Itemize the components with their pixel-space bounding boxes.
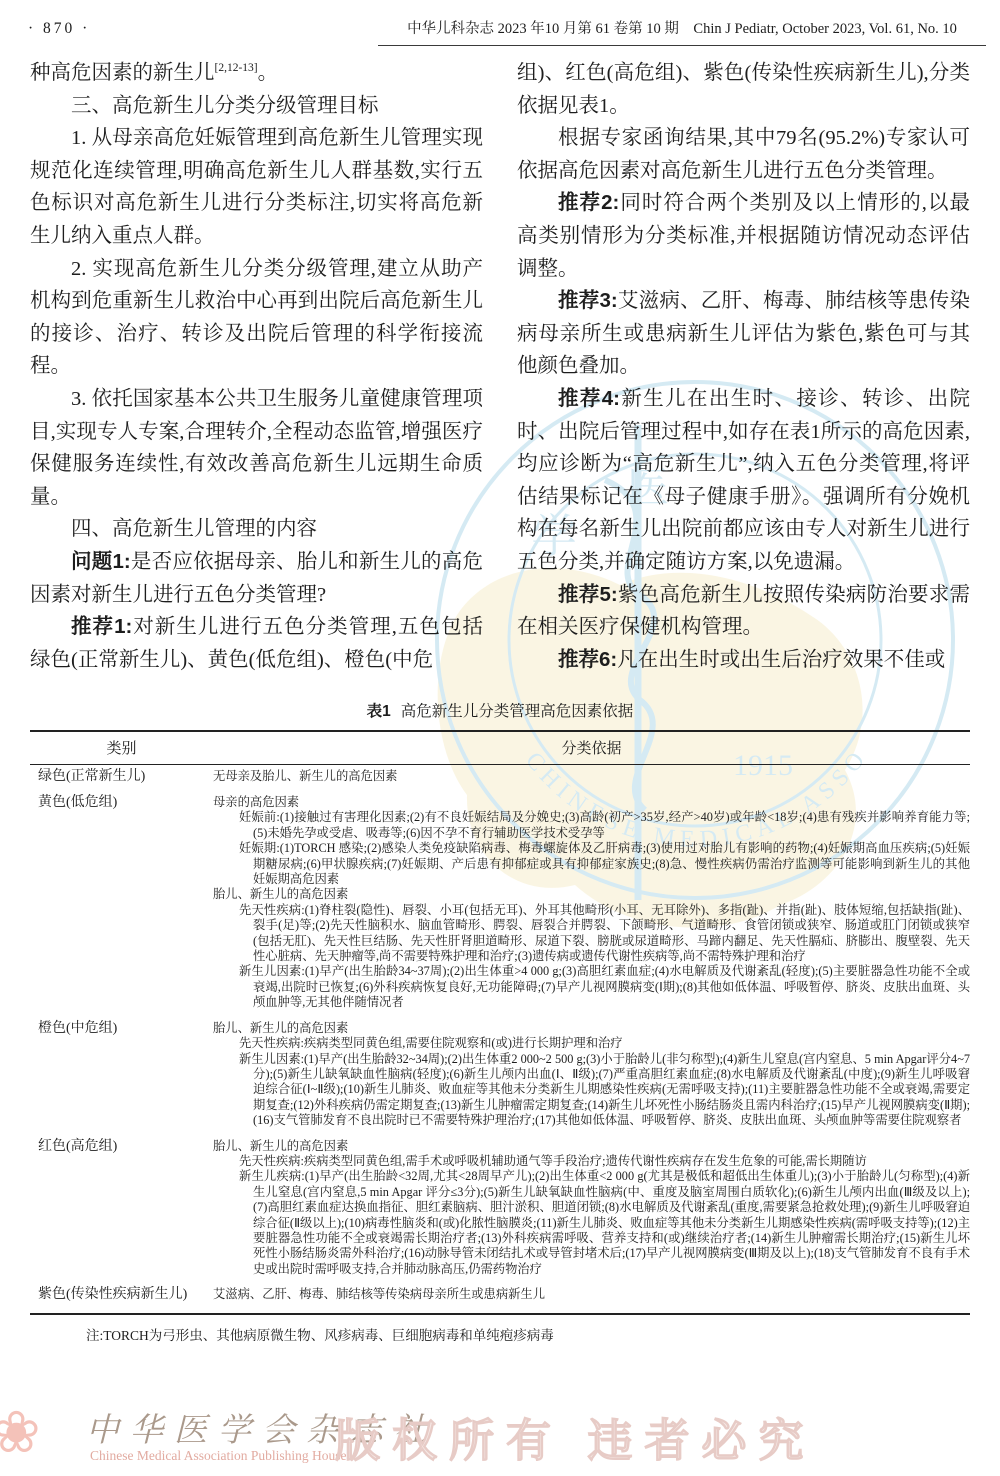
category-cell: 黄色(低危组) [30, 795, 213, 1011]
criteria-line: 先天性疾病:(1)脊柱裂(隐性)、唇裂、小耳(包括无耳)、外耳其他畸形(小耳、无… [213, 903, 970, 965]
table-note: 注:TORCH为弓形虫、其他病原微生物、风疹病毒、巨细胞病毒和单纯疱疹病毒 [30, 1315, 970, 1344]
category-cell: 紫色(传染性疾病新生儿) [30, 1287, 213, 1303]
paragraph: 推荐5:紫色高危新生儿按照传染病防治要求需在相关医疗保健机构管理。 [517, 579, 970, 644]
citation-ref: [2,12-13] [215, 62, 258, 74]
criteria-cell: 胎儿、新生儿的高危因素先天性疾病:疾病类型同黄色组,需手术或呼吸机辅助通气等手段… [213, 1139, 970, 1278]
paragraph: 根据专家函询结果,其中79名(95.2%)专家认可依据高危因素对高危新生儿进行五… [517, 122, 970, 187]
table-title-prefix: 表1 [367, 703, 391, 720]
criteria-line: 胎儿、新生儿的高危因素 [213, 1139, 970, 1154]
table-row: 紫色(传染性疾病新生儿)艾滋病、乙肝、梅毒、肺结核等传染病母亲所生或患病新生儿 [30, 1287, 970, 1303]
table-row: 绿色(正常新生儿)无母亲及胎儿、新生儿的高危因素 [30, 769, 970, 785]
page-number: · 870 · [28, 20, 90, 38]
criteria-line: 新生儿疾病:(1)早产(出生胎龄<32周,尤其<28周早产儿);(2)出生体重<… [213, 1169, 970, 1277]
paragraph-lead: 推荐5: [558, 583, 618, 606]
paragraph: 四、高危新生儿管理的内容 [30, 513, 483, 546]
table-row: 黄色(低危组)母亲的高危因素妊娠前:(1)接触过有害理化因素;(2)有不良妊娠结… [30, 795, 970, 1011]
criteria-line: 胎儿、新生儿的高危因素 [213, 1021, 970, 1036]
copyright-watermark: 版权所有 违者必究 [335, 1404, 816, 1469]
table-header-row: 类别 分类依据 [30, 732, 970, 764]
category-cell: 红色(高危组) [30, 1139, 213, 1278]
criteria-cell: 母亲的高危因素妊娠前:(1)接触过有害理化因素;(2)有不良妊娠结局及分娩史;(… [213, 795, 970, 1011]
paragraph: 组)、红色(高危组)、紫色(传染性疾病新生儿),分类依据见表1。 [517, 57, 970, 122]
paragraph: 推荐4:新生儿在出生时、接诊、转诊、出院时、出院后管理过程中,如存在表1所示的高… [517, 383, 970, 579]
paragraph-lead: 推荐3: [558, 289, 618, 312]
paragraph: 推荐2:同时符合两个类别及以上情形的,以最高类别情形为分类标准,并根据随访情况动… [517, 187, 970, 285]
paragraph: 3. 依托国家基本公共卫生服务儿童健康管理项目,实现专人专案,合理转介,全程动态… [30, 383, 483, 513]
table-row: 红色(高危组)胎儿、新生儿的高危因素先天性疾病:疾病类型同黄色组,需手术或呼吸机… [30, 1139, 970, 1278]
criteria-line: 母亲的高危因素 [213, 795, 970, 810]
category-cell: 绿色(正常新生儿) [30, 769, 213, 785]
paragraph: 三、高危新生儿分类分级管理目标 [30, 90, 483, 123]
paragraph: 推荐1:对新生儿进行五色分类管理,五色包括绿色(正常新生儿)、黄色(低危组)、橙… [30, 611, 483, 676]
criteria-line: 新生儿因素:(1)早产(出生胎龄32~34周);(2)出生体重2 000~2 5… [213, 1052, 970, 1129]
category-cell: 橙色(中危组) [30, 1021, 213, 1129]
paragraph-lead: 推荐4: [558, 387, 620, 410]
criteria-line: 妊娠前:(1)接触过有害理化因素;(2)有不良妊娠结局及分娩史;(3)高龄(初产… [213, 810, 970, 841]
criteria-cell: 艾滋病、乙肝、梅毒、肺结核等传染病母亲所生或患病新生儿 [213, 1287, 970, 1303]
paragraph: 2. 实现高危新生儿分类分级管理,建立从助产机构到危重新生儿救治中心再到出院后高… [30, 253, 483, 383]
paragraph-lead: 推荐2: [558, 191, 619, 214]
criteria-line: 艾滋病、乙肝、梅毒、肺结核等传染病母亲所生或患病新生儿 [213, 1287, 970, 1302]
column-header-criteria: 分类依据 [213, 737, 970, 758]
paragraph: 种高危因素的新生儿[2,12-13]。 [30, 57, 483, 90]
paragraph-lead: 推荐1: [71, 615, 132, 638]
publisher-name-en: Chinese Medical Association Publishing H… [90, 1448, 346, 1464]
table-row: 橙色(中危组)胎儿、新生儿的高危因素先天性疾病:疾病类型同黄色组,需要住院观察和… [30, 1021, 970, 1129]
criteria-cell: 胎儿、新生儿的高危因素先天性疾病:疾病类型同黄色组,需要住院观察和(或)进行长期… [213, 1021, 970, 1129]
paragraph: 推荐3:艾滋病、乙肝、梅毒、肺结核等患传染病母亲所生或患病新生儿评估为紫色,紫色… [517, 285, 970, 383]
paragraph: 1. 从母亲高危妊娠管理到高危新生儿管理实现规范化连续管理,明确高危新生儿人群基… [30, 122, 483, 252]
table-body: 绿色(正常新生儿)无母亲及胎儿、新生儿的高危因素黄色(低危组)母亲的高危因素妊娠… [30, 765, 970, 1303]
paragraph: 推荐6:凡在出生时或出生后治疗效果不佳或 [517, 644, 970, 677]
table-title: 表1高危新生儿分类管理高危因素依据 [30, 699, 970, 721]
right-column: 组)、红色(高危组)、紫色(传染性疾病新生儿),分类依据见表1。根据专家函询结果… [517, 57, 970, 676]
criteria-line: 新生儿因素:(1)早产(出生胎龄34~37周);(2)出生体重>4 000 g;… [213, 964, 970, 1010]
criteria-line: 胎儿、新生儿的高危因素 [213, 887, 970, 902]
table-title-text: 高危新生儿分类管理高危因素依据 [401, 703, 634, 720]
criteria-line: 无母亲及胎儿、新生儿的高危因素 [213, 769, 970, 784]
criteria-line: 妊娠期:(1)TORCH 感染;(2)感染人类免疫缺陷病毒、梅毒螺旋体及乙肝病毒… [213, 841, 970, 887]
criteria-cell: 无母亲及胎儿、新生儿的高危因素 [213, 769, 970, 785]
publisher-flower-icon: ❀ [0, 1398, 41, 1466]
criteria-line: 先天性疾病:疾病类型同黄色组,需要住院观察和(或)进行长期护理和治疗 [213, 1036, 970, 1051]
journal-page: 医 学 1915 CHINESE MEDICAL ASSOCIATION ❀ 中… [0, 0, 1000, 1476]
paragraph-lead: 推荐6: [558, 648, 617, 671]
paragraph: 问题1:是否应依据母亲、胎儿和新生儿的高危因素对新生儿进行五色分类管理? [30, 546, 483, 611]
left-column: 种高危因素的新生儿[2,12-13]。三、高危新生儿分类分级管理目标1. 从母亲… [30, 57, 483, 676]
criteria-line: 先天性疾病:疾病类型同黄色组,需手术或呼吸机辅助通气等手段治疗;遗传代谢性疾病存… [213, 1154, 970, 1169]
table-1: 表1高危新生儿分类管理高危因素依据 类别 分类依据 绿色(正常新生儿)无母亲及胎… [30, 699, 970, 1344]
journal-header: 中华儿科杂志 2023 年10 月第 61 卷第 10 期 Chin J Ped… [378, 17, 986, 46]
paragraph-lead: 问题1: [71, 550, 131, 573]
column-header-category: 类别 [30, 737, 213, 758]
